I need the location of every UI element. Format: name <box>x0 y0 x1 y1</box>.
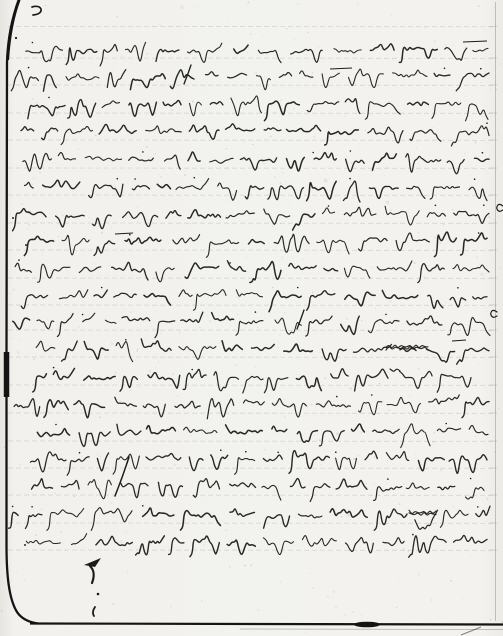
handwriting-line <box>25 177 487 202</box>
scanned-page <box>0 0 503 636</box>
strikethrough-mark <box>386 345 428 350</box>
handwriting-line <box>21 287 487 312</box>
ruled-lines <box>8 27 497 551</box>
margin-mark <box>491 310 497 317</box>
handwriting-line <box>14 394 489 419</box>
margin-mark <box>497 204 503 211</box>
handwriting-line <box>13 310 490 338</box>
handwriting-lines <box>9 41 490 557</box>
handwriting-line <box>15 259 489 282</box>
handwriting-line <box>11 65 489 91</box>
handwriting-line <box>36 339 489 364</box>
handwriting-line <box>12 204 489 230</box>
handwriting-line <box>28 96 488 121</box>
handwriting-line <box>30 449 487 475</box>
strikethrough-mark <box>409 510 436 515</box>
signature-flourish <box>84 558 101 616</box>
handwriting-line <box>24 534 487 558</box>
handwriting-line <box>26 41 488 66</box>
scan-svg <box>0 0 503 636</box>
handwriting-line <box>21 122 489 146</box>
handwriting-line <box>33 367 471 393</box>
header-hook-mark <box>32 6 41 15</box>
inserted-word-mark <box>390 369 400 371</box>
handwriting-line <box>24 232 487 257</box>
handwriting-line <box>23 150 489 174</box>
handwriting-line <box>9 505 490 530</box>
handwriting-line <box>37 423 488 448</box>
